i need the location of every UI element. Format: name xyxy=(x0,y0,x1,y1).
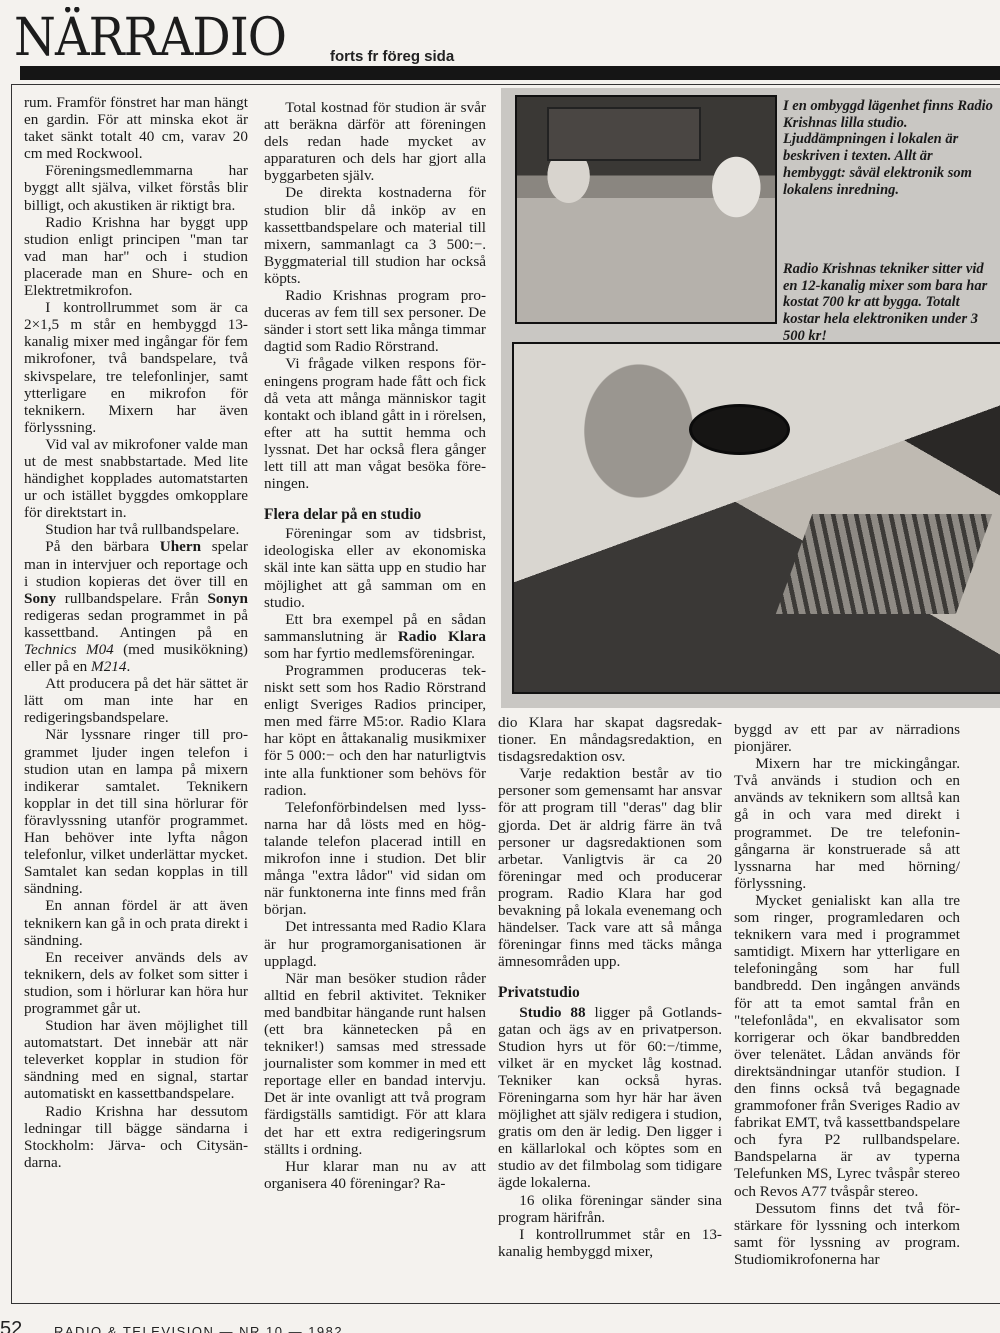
paragraph: Total kostnad för studion är svår att be… xyxy=(264,99,486,184)
article-column-3: dio Klara har skapat dagsredak­tioner. E… xyxy=(498,714,722,1260)
paragraph: Vi frågade vilken respons för­eningens p… xyxy=(264,355,486,492)
section-title: NÄRRADIO xyxy=(14,8,286,68)
paragraph: När lyssnare ringer till pro­grammet lju… xyxy=(24,726,248,897)
model-name: M214 xyxy=(91,658,126,675)
mixer-technician-photo xyxy=(512,342,1000,694)
paragraph: Föreningsmedlemmarna har byggt allt själ… xyxy=(24,162,248,213)
paragraph: Dessutom finns det två för­stärkare för … xyxy=(734,1200,960,1268)
paragraph: Varje redaktion består av tio personer s… xyxy=(498,765,722,970)
photo-caption-1: I en ombyggd lägenhet finns Radio Krishn… xyxy=(783,98,997,198)
paragraph: Ett bra exempel på en sådan sammanslutni… xyxy=(264,611,486,662)
photo-caption-2: Radio Krishnas tekniker sitter vid en 12… xyxy=(783,261,997,345)
paragraph: Programmen produceras tek­niskt sett som… xyxy=(264,662,486,799)
paragraph: De direkta kostnaderna för studion blir … xyxy=(264,184,486,287)
paragraph: byggd av ett par av närradions pionjärer… xyxy=(734,721,960,755)
paragraph: Radio Krishnas program pro­duceras av fe… xyxy=(264,287,486,355)
paragraph: Mixern har tre mickingångar. Två används… xyxy=(734,755,960,892)
text-run: ligger på Gotlands­gatan och ägs av en p… xyxy=(498,1004,722,1192)
text-run: redigeras sedan pro­grammet in på kasset… xyxy=(24,607,248,641)
paragraph: Föreningar som av tidsbrist, ideologiska… xyxy=(264,525,486,610)
text-run: som har fyrtio medlemsföre­ningar. xyxy=(264,645,475,662)
text-run: . xyxy=(126,658,130,675)
article-column-1: rum. Framför fönstret har man hängt en g… xyxy=(24,94,248,1171)
page-number: 52 xyxy=(0,1318,22,1333)
paragraph: En annan fördel är att även teknikern ka… xyxy=(24,897,248,948)
paragraph: Radio Krishna har byggt upp studion enli… xyxy=(24,214,248,299)
paragraph: Mycket genialiskt kan alla tre som ringe… xyxy=(734,892,960,1200)
paragraph: Studio 88 ligger på Gotlands­gatan och ä… xyxy=(498,1004,722,1192)
brand-name: Sony xyxy=(24,590,56,607)
paragraph: När man besöker studion rå­der alltid en… xyxy=(264,970,486,1158)
paragraph: rum. Framför fönstret har man hängt en g… xyxy=(24,94,248,162)
paragraph: Telefonförbindelsen med lyss­narna har d… xyxy=(264,799,486,919)
paragraph: En receiver används dels av teknikern, d… xyxy=(24,949,248,1017)
paragraph: Studion har två rullbandspe­lare. xyxy=(24,521,248,538)
paragraph: Vid val av mikrofoner valde man ut de me… xyxy=(24,436,248,521)
model-name: Technics M04 xyxy=(24,641,114,658)
paragraph: Att producera på det här sät­tet är lätt… xyxy=(24,675,248,726)
article-column-4: byggd av ett par av närradions pionjärer… xyxy=(734,721,960,1268)
brand-name: Sonyn xyxy=(207,590,248,607)
publication-info: RADIO & TELEVISION — NR 10 — 1982 xyxy=(54,1324,343,1333)
brand-name: Uhern xyxy=(160,538,201,555)
text-run: rullbandspelare. Från xyxy=(56,590,207,607)
studio-interview-photo xyxy=(515,95,777,324)
header-rule xyxy=(20,66,1000,80)
paragraph: Hur klarar man nu av att organisera 40 f… xyxy=(264,1158,486,1192)
continued-note: forts fr föreg sida xyxy=(330,48,454,65)
paragraph: dio Klara har skapat dagsredak­tioner. E… xyxy=(498,714,722,765)
paragraph: Det intressanta med Radio Klara är hur p… xyxy=(264,918,486,969)
studio-name: Studio 88 xyxy=(519,1004,585,1021)
paragraph: I kontrollrummet står en 13-kanalig hemb… xyxy=(498,1226,722,1260)
photo-panel: I en ombyggd lägenhet finns Radio Krishn… xyxy=(501,88,1000,708)
station-name: Radio Klara xyxy=(398,628,486,645)
subheading: Flera delar på en studio xyxy=(264,506,486,523)
paragraph: Radio Krishna har dessutom ledningar til… xyxy=(24,1103,248,1171)
paragraph: I kontrollrummet som är ca 2×1,5 m står … xyxy=(24,299,248,436)
paragraph: På den bärbara Uhern spelar man in inter… xyxy=(24,538,248,675)
text-run: På den bärbara xyxy=(45,538,160,555)
paragraph: Studion har även möjlighet till automats… xyxy=(24,1017,248,1102)
paragraph: 16 olika föreningar sänder sina program … xyxy=(498,1192,722,1226)
subheading: Privatstudio xyxy=(498,984,722,1001)
article-column-2: Total kostnad för studion är svår att be… xyxy=(264,99,486,1192)
